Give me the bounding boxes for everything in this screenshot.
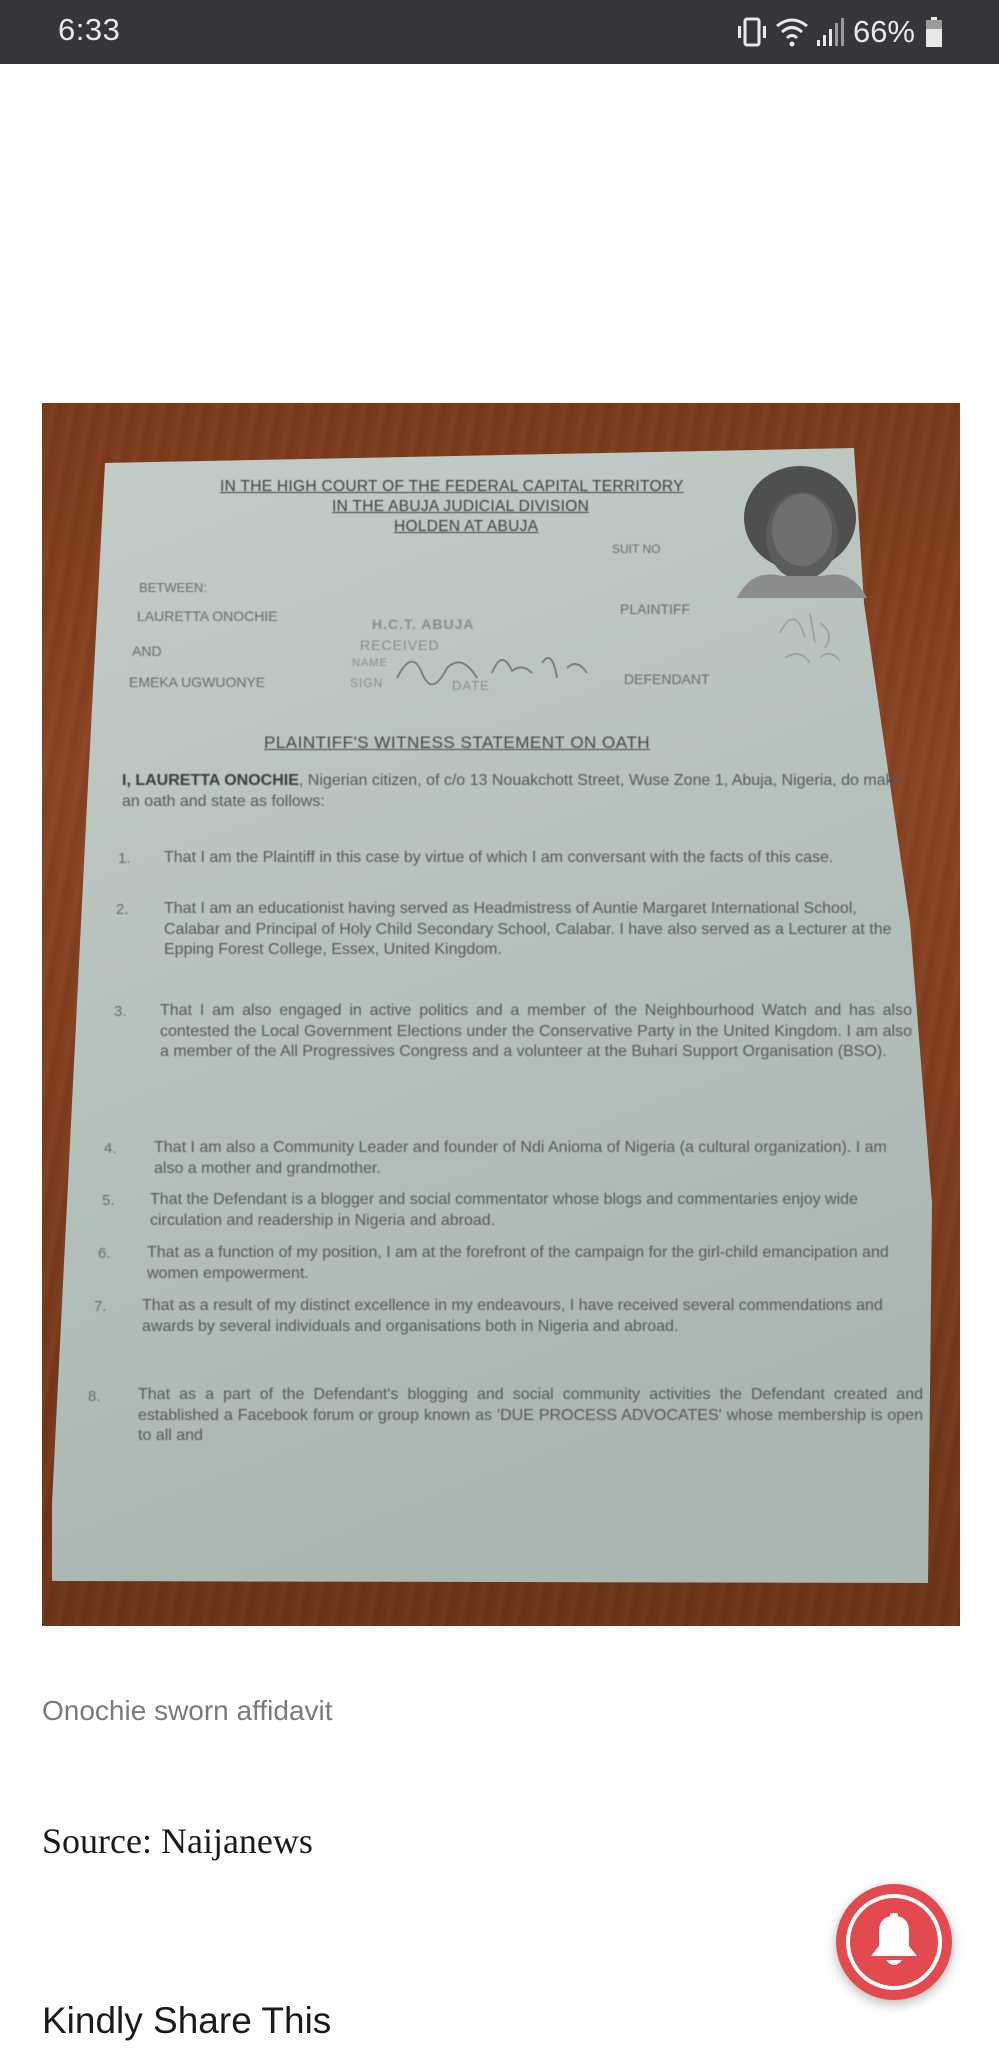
status-bar: 6:33 66%: [0, 0, 999, 64]
handwritten-initials: [770, 603, 860, 673]
court-header-line-3: HOLDEN AT ABUJA: [394, 518, 538, 536]
paragraph-number: 6.: [98, 1245, 111, 1262]
signal-icon: [815, 16, 845, 48]
stamp-line-3: NAME: [352, 657, 388, 669]
paragraph-number: 4.: [104, 1140, 117, 1157]
paragraph-4: That I am also a Community Leader and fo…: [154, 1138, 914, 1179]
paragraph-number: 3.: [114, 1003, 127, 1020]
paragraph-6: That as a function of my position, I am …: [147, 1243, 917, 1284]
between-label: BETWEEN:: [139, 580, 207, 595]
plaintiff-name: LAURETTA ONOCHIE: [137, 608, 278, 624]
source-credit: Source: Naijanews: [42, 1820, 313, 1862]
signature-scribble: [392, 643, 592, 693]
and-label: AND: [132, 643, 162, 659]
deponent-name: I, LAURETTA ONOCHIE: [122, 772, 299, 789]
battery-icon: [925, 16, 943, 48]
suit-no-label: SUIT NO: [612, 542, 660, 556]
bell-icon: [866, 1912, 922, 1972]
paragraph-1: That I am the Plaintiff in this case by …: [164, 848, 909, 869]
paragraph-number: 2.: [116, 901, 129, 918]
defendant-name: EMEKA UGWUONYE: [129, 674, 265, 690]
notification-bell-button[interactable]: [836, 1884, 952, 2000]
share-heading: Kindly Share This: [42, 2000, 331, 2042]
article-image[interactable]: IN THE HIGH COURT OF THE FEDERAL CAPITAL…: [42, 403, 960, 1626]
paragraph-number: 7.: [94, 1298, 107, 1315]
paragraph-3: That I am also engaged in active politic…: [160, 1001, 912, 1063]
paragraph-number: 5.: [102, 1192, 115, 1209]
stamp-line-4: SIGN: [350, 676, 383, 690]
paragraph-number: 1.: [118, 850, 131, 867]
stamp-line-1: H.C.T. ABUJA: [372, 616, 475, 632]
court-header-line-1: IN THE HIGH COURT OF THE FEDERAL CAPITAL…: [220, 478, 684, 496]
wifi-icon: [775, 16, 809, 48]
intro-paragraph: I, LAURETTA ONOCHIE, Nigerian citizen, o…: [122, 771, 907, 812]
plaintiff-label: PLAINTIFF: [620, 601, 690, 617]
vibrate-icon: [735, 16, 769, 48]
status-time: 6:33: [58, 12, 120, 48]
document-title: PLAINTIFF'S WITNESS STATEMENT ON OATH: [264, 733, 650, 753]
paragraph-2: That I am an educationist having served …: [164, 899, 909, 961]
paragraph-5: That the Defendant is a blogger and soci…: [150, 1190, 915, 1231]
portrait-photo: [732, 458, 872, 598]
image-caption: Onochie sworn affidavit: [42, 1695, 333, 1727]
paragraph-8: That as a part of the Defendant's bloggi…: [138, 1385, 923, 1447]
status-icons: 66%: [735, 13, 943, 51]
battery-percent: 66%: [853, 14, 915, 50]
paragraph-7: That as a result of my distinct excellen…: [142, 1296, 920, 1337]
court-header-line-2: IN THE ABUJA JUDICIAL DIVISION: [332, 498, 589, 516]
paragraph-number: 8.: [88, 1388, 101, 1405]
defendant-label: DEFENDANT: [624, 671, 710, 687]
